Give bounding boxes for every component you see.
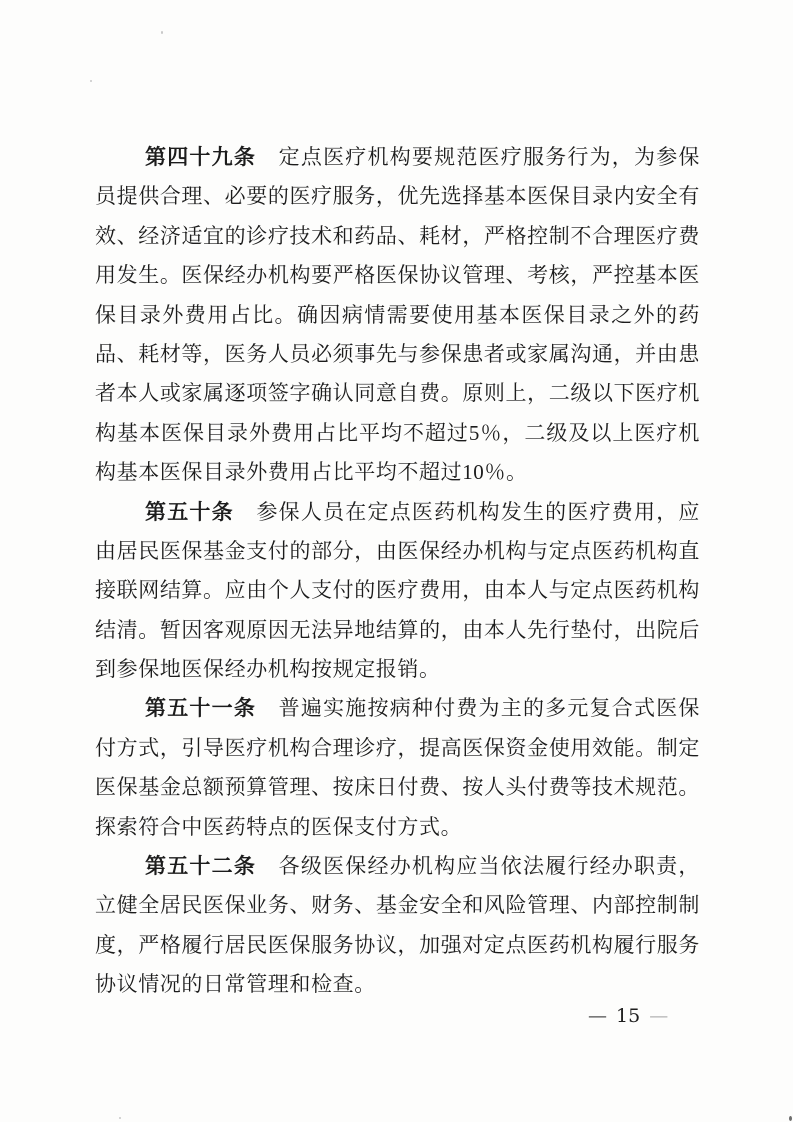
scan-speck xyxy=(789,1116,792,1121)
article-text-line: 结清。暂因客观原因无法异地结算的，由本人先行垫付，出院后 xyxy=(95,611,700,650)
article-text-line: 协议情况的日常管理和检查。 xyxy=(95,965,700,1004)
scan-speck xyxy=(119,1117,121,1119)
article-first-line: 第五十条参保人员在定点医药机构发生的医疗费用，应当 xyxy=(95,493,700,532)
page-number-footer: — 15 — xyxy=(588,1002,668,1030)
article-text-line: 付方式，引导医疗机构合理诊疗，提高医保资金使用效能。制定 xyxy=(95,729,700,768)
article-text-line: 立健全居民医保业务、财务、基金安全和风险管理、内部控制制 xyxy=(95,886,700,925)
article-number: 第五十条 xyxy=(145,500,234,524)
article-text-line: 接联网结算。应由个人支付的医疗费用，由本人与定点医药机构 xyxy=(95,571,700,610)
article-text-line: 到参保地医保经办机构按规定报销。 xyxy=(95,650,700,689)
page-number: 15 xyxy=(616,1005,640,1027)
article-text-line: 者本人或家属逐项签字确认同意自费。原则上，二级以下医疗机 xyxy=(95,374,700,413)
page-number-dash-left: — xyxy=(588,1005,607,1027)
scanned-document-page: 第四十九条定点医疗机构要规范医疗服务行为，为参保人 员提供合理、必要的医疗服务，… xyxy=(0,0,793,1122)
article-52: 第五十二条各级医保经办机构应当依法履行经办职责，建 立健全居民医保业务、财务、基… xyxy=(95,847,700,1005)
scan-speck xyxy=(90,80,92,82)
article-51: 第五十一条普遍实施按病种付费为主的多元复合式医保支 付方式，引导医疗机构合理诊疗… xyxy=(95,689,700,847)
article-text-line: 员提供合理、必要的医疗服务，优先选择基本医保目录内安全有 xyxy=(95,177,700,216)
article-text-line: 用发生。医保经办机构要严格医保协议管理、考核，严控基本医 xyxy=(95,256,700,295)
document-text-block: 第四十九条定点医疗机构要规范医疗服务行为，为参保人 员提供合理、必要的医疗服务，… xyxy=(95,138,700,1005)
article-text-line: 度，严格履行居民医保服务协议，加强对定点医药机构履行服务 xyxy=(95,926,700,965)
article-first-line: 第五十二条各级医保经办机构应当依法履行经办职责，建 xyxy=(95,847,700,886)
article-text-line: 由居民医保基金支付的部分，由医保经办机构与定点医药机构直 xyxy=(95,532,700,571)
article-text-line: 保目录外费用占比。确因病情需要使用基本医保目录之外的药 xyxy=(95,296,700,335)
article-number: 第五十一条 xyxy=(145,696,256,720)
article-text-line: 构基本医保目录外费用占比平均不超过5％，二级及以上医疗机 xyxy=(95,414,700,453)
article-text-line: 构基本医保目录外费用占比平均不超过10％。 xyxy=(95,453,700,492)
page-number-dash-right: — xyxy=(649,1005,668,1027)
scan-speck xyxy=(161,31,163,34)
article-text-line: 效、经济适宜的诊疗技术和药品、耗材，严格控制不合理医疗费 xyxy=(95,217,700,256)
article-first-line: 第四十九条定点医疗机构要规范医疗服务行为，为参保人 xyxy=(95,138,700,177)
article-number: 第四十九条 xyxy=(145,145,256,169)
article-number: 第五十二条 xyxy=(145,854,256,878)
article-50: 第五十条参保人员在定点医药机构发生的医疗费用，应当 由居民医保基金支付的部分，由… xyxy=(95,493,700,690)
article-first-line: 第五十一条普遍实施按病种付费为主的多元复合式医保支 xyxy=(95,689,700,728)
article-49: 第四十九条定点医疗机构要规范医疗服务行为，为参保人 员提供合理、必要的医疗服务，… xyxy=(95,138,700,493)
article-text-line: 医保基金总额预算管理、按床日付费、按人头付费等技术规范。 xyxy=(95,768,700,807)
article-text-line: 探索符合中医药特点的医保支付方式。 xyxy=(95,808,700,847)
article-text-line: 品、耗材等，医务人员必须事先与参保患者或家属沟通，并由患 xyxy=(95,335,700,374)
